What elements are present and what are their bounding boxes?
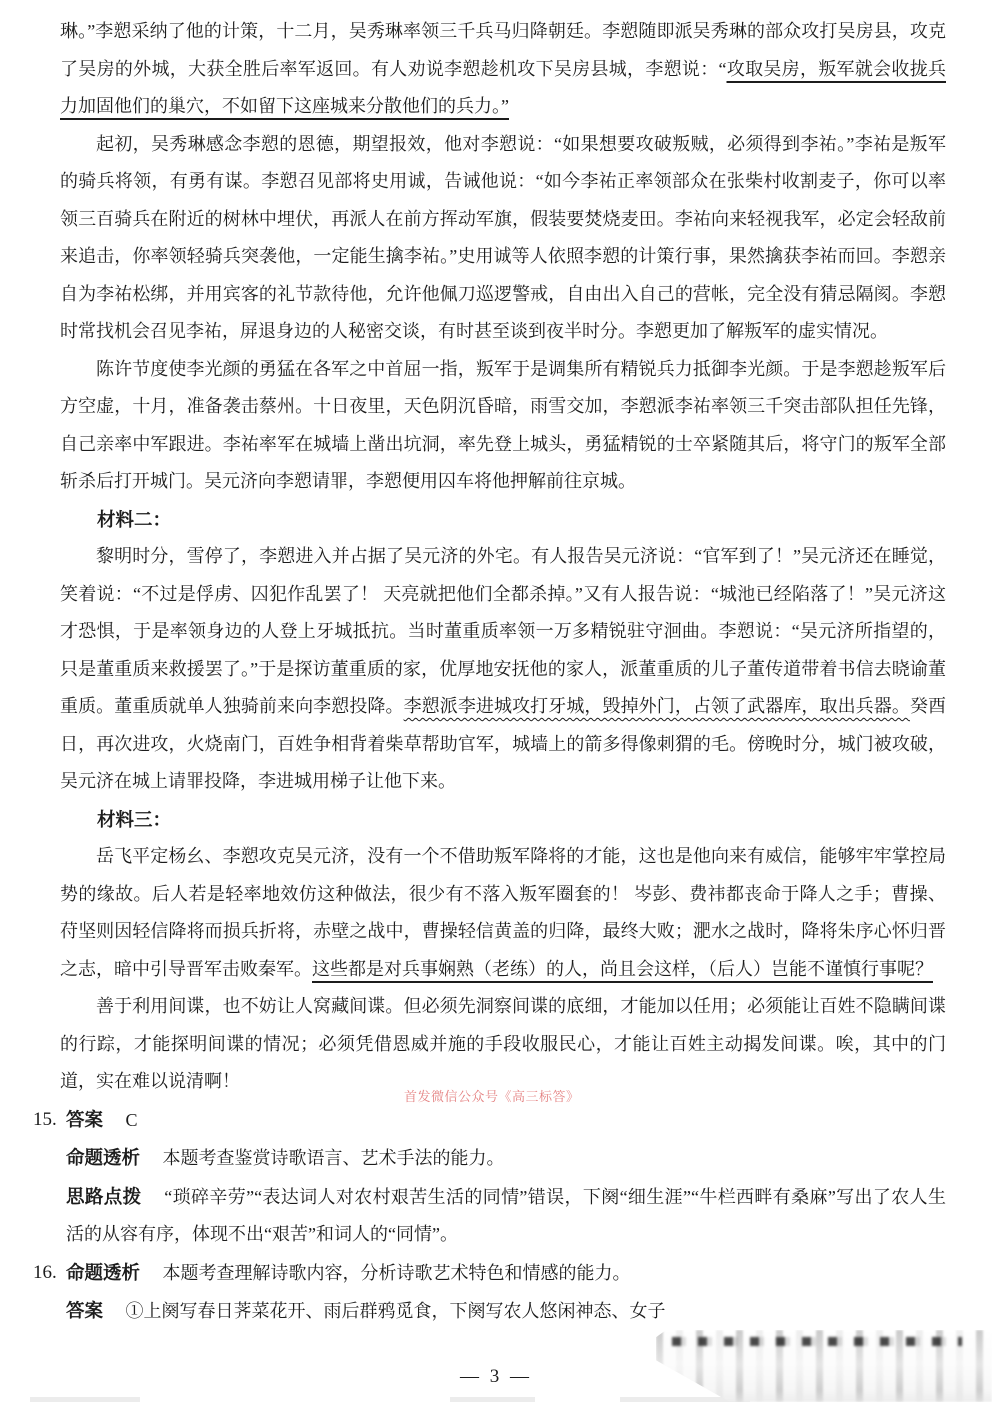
tips-label: 思路点拨 [66,1186,141,1207]
question-16-number: 16. [33,1254,57,1292]
answer-15-row: 15. 答案 C [60,1101,946,1140]
answer-16-analysis-row: 16. 命题透析 本题考查理解诗歌内容，分析诗歌艺术特色和情感的能力。 [60,1254,946,1293]
material-2-heading: 材料二： [60,501,946,539]
tips-text: “琐碎辛劳”“表达词人对农村艰苦生活的同情”错误，下阕“细生涯”“牛栏西畔有桑麻… [66,1187,946,1245]
translation-paragraph-2: 起初，吴秀琳感念李愬的恩德，期望报效，他对李愬说：“如果想要攻破叛贼，必须得到李… [60,126,946,351]
question-15-number: 15. [33,1101,57,1139]
analysis-label: 命题透析 [66,1147,140,1168]
material-3-heading: 材料三： [60,801,946,839]
answer-label: 答案 [66,1300,103,1321]
analysis-text: 本题考查鉴赏诗歌语言、艺术手法的能力。 [163,1148,505,1168]
answer-16-answer-row: 答案 ①上阕写春日荠菜花开、雨后群鸦觅食，下阕写农人悠闲神态、女子 [60,1292,946,1331]
translation-paragraph-3: 陈许节度使李光颜的勇猛在各军之中首屈一指，叛军于是调集所有精锐兵力抵御李光颜。于… [60,351,946,501]
scan-edge-artifact [450,1397,535,1402]
analysis-label: 命题透析 [66,1262,140,1283]
analysis-text: 本题考查理解诗歌内容，分析诗歌艺术特色和情感的能力。 [163,1263,631,1283]
answer-value: C [126,1110,138,1130]
underlined-sentence: 这些都是对兵事娴熟（老练）的人，尚且会这样，（后人）岂能不谨慎行事呢？ [312,959,933,979]
answer-15-analysis-row: 命题透析 本题考查鉴赏诗歌语言、艺术手法的能力。 [60,1139,946,1178]
paragraph-text: 黎明时分，雪停了，李愬进入并占据了吴元济的外宅。有人报告吴元济说：“官军到了！”… [60,546,946,716]
spies-paragraph: 善于利用间谍，也不妨让人窝藏间谍。但必须先洞察间谍的底细，才能加以任用；必须能让… [60,988,946,1101]
material-2-paragraph: 黎明时分，雪停了，李愬进入并占据了吴元济的外宅。有人报告吴元济说：“官军到了！”… [60,538,946,801]
material-3-paragraph: 岳飞平定杨幺、李愬攻克吴元济，没有一个不借助叛军降将的才能，这也是他向来有威信，… [60,838,946,988]
answer-15-tips-row: 思路点拨 “琐碎辛劳”“表达词人对农村艰苦生活的同情”错误，下阕“细生涯”“牛栏… [60,1178,946,1254]
scan-edge-artifact [30,1397,140,1402]
wavy-underlined-sentence: 李愬派李进城攻打牙城，毁掉外门，占领了武器库，取出兵器。 [404,696,910,716]
smudged-glyph-remnants [672,1337,962,1346]
scanned-answer-page: { "page": { "number_display": "— 3 —", "… [0,0,992,1402]
translation-paragraph-1: 琳。”李愬采纳了他的计策，十二月，吴秀琳率领三千兵马归降朝廷。李愬随即派吴秀琳的… [60,13,946,126]
red-watermark-text: 首发微信公众号《高三标答》 [404,1086,580,1105]
answer-text-visible: ①上阕写春日荠菜花开、雨后群鸦觅食，下阕写农人悠闲神态、女子 [126,1301,666,1321]
answer-label: 答案 [66,1109,103,1130]
page-text-column: 琳。”李愬采纳了他的计策，十二月，吴秀琳率领三千兵马归降朝廷。李愬随即派吴秀琳的… [60,13,946,1331]
